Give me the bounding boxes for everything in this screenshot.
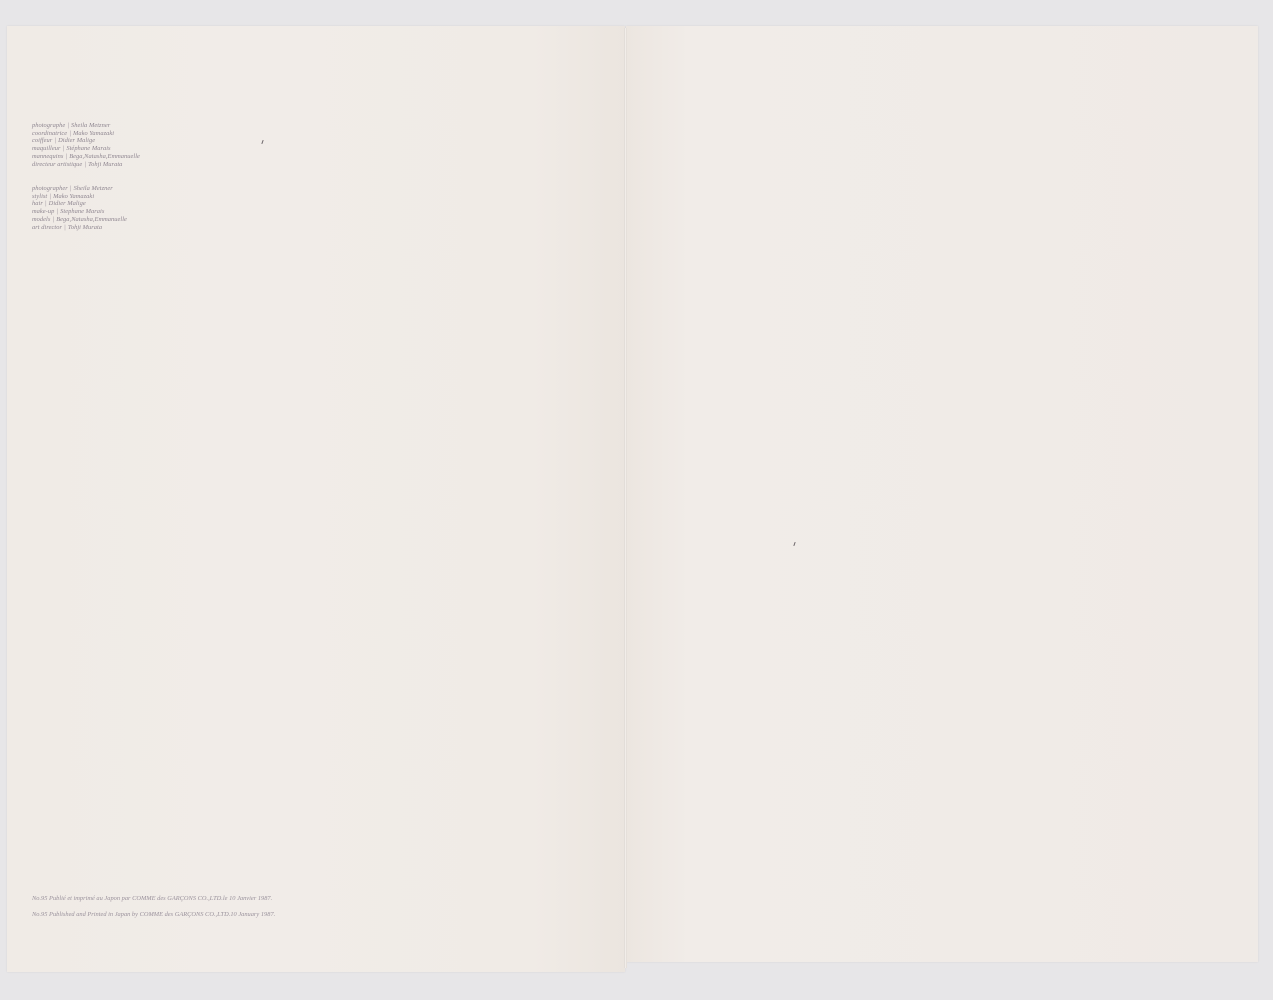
credit-role: models [32,216,50,223]
credit-line: coordinatrice|Mako Yamazaki [32,130,140,138]
credit-name: Bega,Natasha,Emmanuelle [56,216,127,223]
booklet-spread: photographe|Sheila Metzner coordinatrice… [0,0,1273,1000]
credit-name: Stephane Marais [60,208,104,215]
credit-line: photographe|Sheila Metzner [32,122,140,130]
credit-name: Sheila Metzner [71,122,110,129]
credit-name: Mako Yamazaki [53,193,94,200]
imprint-english: No.95 Published and Printed in Japan by … [32,911,275,918]
credit-role: directeur artistique [32,161,82,168]
right-page [626,26,1258,962]
credit-role: photographer [32,185,68,192]
credit-name: Bega,Natasha,Emmanuelle [69,153,140,160]
credit-role: coiffeur [32,137,52,144]
credit-line: models|Bega,Natasha,Emmanuelle [32,216,127,224]
credit-line: maquilleur|Stéphane Marais [32,145,140,153]
credit-name: Stéphane Marais [66,145,110,152]
credit-line: mannequins|Bega,Natasha,Emmanuelle [32,153,140,161]
credit-name: Tohji Murata [88,161,122,168]
credit-role: maquilleur [32,145,61,152]
credit-line: coiffeur|Didier Malige [32,137,140,145]
credit-role: make-up [32,208,54,215]
credit-line: photographer|Sheila Metzner [32,185,127,193]
credit-line: stylist|Mako Yamazaki [32,193,127,201]
credit-name: Tohji Murata [68,224,102,231]
credit-role: mannequins [32,153,63,160]
credit-name: Mako Yamazaki [73,130,114,137]
credit-role: photographe [32,122,65,129]
credit-name: Didier Malige [49,200,86,207]
credits-english: photographer|Sheila Metzner stylist|Mako… [32,185,127,231]
credit-name: Didier Malige [58,137,95,144]
credit-role: coordinatrice [32,130,67,137]
binding-gutter [624,28,627,968]
credit-line: make-up|Stephane Marais [32,208,127,216]
credit-line: art director|Tohji Murata [32,224,127,232]
credits-french: photographe|Sheila Metzner coordinatrice… [32,122,140,168]
credit-role: stylist [32,193,47,200]
credit-line: directeur artistique|Tohji Murata [32,161,140,169]
imprint-french: No.95 Publié et imprimé au Japon par COM… [32,895,272,902]
credit-role: art director [32,224,62,231]
credit-name: Sheila Metzner [74,185,113,192]
credit-line: hair|Didier Malige [32,200,127,208]
credit-role: hair [32,200,43,207]
